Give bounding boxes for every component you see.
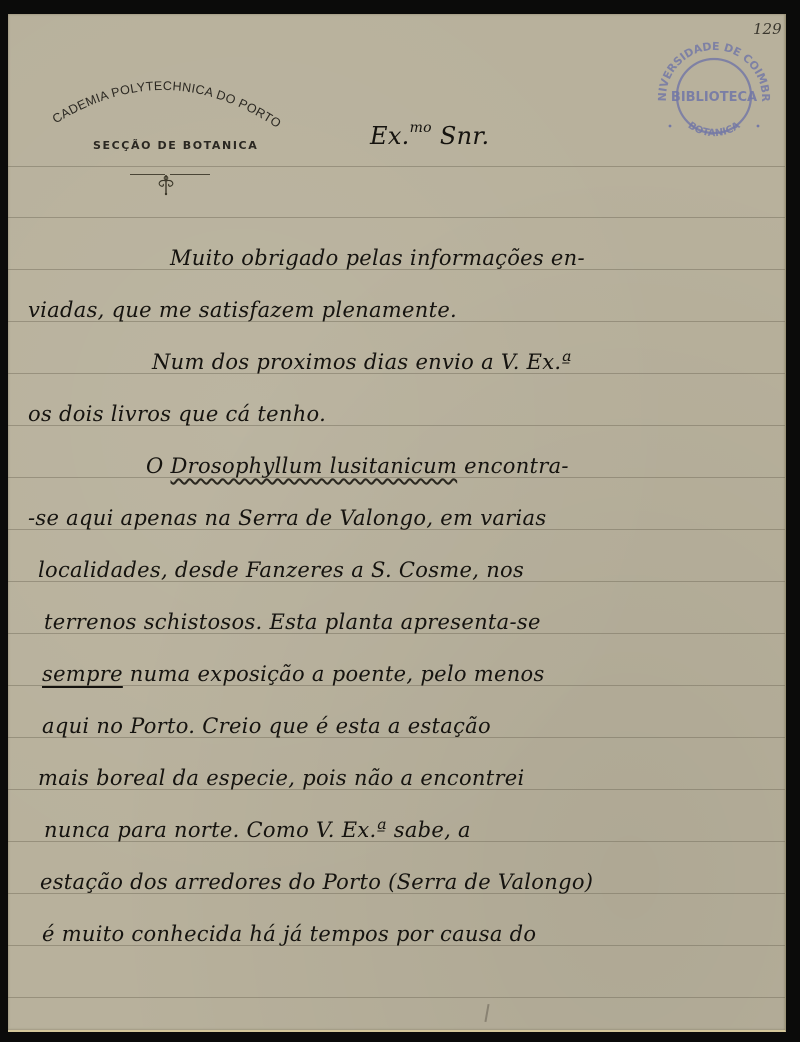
body-line: aqui no Porto. Creio que é esta a estaçã… bbox=[42, 714, 491, 738]
letterhead: ACADEMIA POLYTECHNICA DO PORTO SECÇÃO DE… bbox=[38, 64, 288, 204]
body-text: encontra- bbox=[457, 454, 569, 478]
ruled-line bbox=[8, 997, 785, 998]
section-name: SECÇÃO DE BOTANICA bbox=[93, 139, 258, 152]
underlined-word: sempre bbox=[42, 662, 123, 686]
stamp-bottom-text: BOTANICA bbox=[686, 120, 743, 139]
letter-page: ACADEMIA POLYTECHNICA DO PORTO SECÇÃO DE… bbox=[8, 14, 786, 1032]
ink-mark bbox=[484, 1004, 489, 1022]
body-line: Muito obrigado pelas informações en- bbox=[170, 246, 585, 270]
body-line: -se aqui apenas na Serra de Valongo, em … bbox=[28, 506, 546, 530]
body-text: numa exposição a poente, pelo menos bbox=[123, 662, 545, 686]
body-text: O bbox=[146, 454, 171, 478]
salutation-superscript: mo bbox=[410, 120, 432, 136]
salutation-rest: Snr. bbox=[432, 122, 490, 150]
folio-number: 129 bbox=[753, 20, 782, 38]
body-line: Num dos proximos dias envio a V. Ex.ª bbox=[152, 350, 572, 374]
body-line: os dois livros que cá tenho. bbox=[28, 402, 326, 426]
body-line: terrenos schistosos. Esta planta apresen… bbox=[44, 610, 541, 634]
fleuron-icon bbox=[154, 175, 178, 197]
body-line: O Drosophyllum lusitanicum encontra- bbox=[146, 454, 569, 478]
svg-text:BOTANICA: BOTANICA bbox=[686, 120, 743, 139]
body-line: localidades, desde Fanzeres a S. Cosme, … bbox=[38, 558, 524, 582]
body-line: nunca para norte. Como V. Ex.ª sabe, a bbox=[44, 818, 471, 842]
institution-name: ACADEMIA POLYTECHNICA DO PORTO bbox=[38, 64, 284, 131]
body-line: viadas, que me satisfazem plenamente. bbox=[28, 298, 457, 322]
svg-text:ACADEMIA POLYTECHNICA DO PORTO: ACADEMIA POLYTECHNICA DO PORTO bbox=[38, 64, 284, 131]
species-name: Drosophyllum lusitanicum bbox=[171, 454, 458, 478]
salutation-main: Ex. bbox=[370, 122, 410, 150]
library-stamp: UNIVERSIDADE DE COIMBRA BIBLIOTECA BOTAN… bbox=[648, 26, 780, 158]
body-line: mais boreal da especie, pois não a encon… bbox=[38, 766, 525, 790]
body-line: sempre numa exposição a poente, pelo men… bbox=[42, 662, 545, 686]
ruled-line bbox=[8, 217, 785, 218]
body-line: estação dos arredores do Porto (Serra de… bbox=[40, 870, 593, 894]
salutation: Ex.mo Snr. bbox=[370, 122, 489, 150]
body-line: é muito conhecida há já tempos por causa… bbox=[42, 922, 536, 946]
stamp-center-text: BIBLIOTECA bbox=[671, 90, 757, 105]
